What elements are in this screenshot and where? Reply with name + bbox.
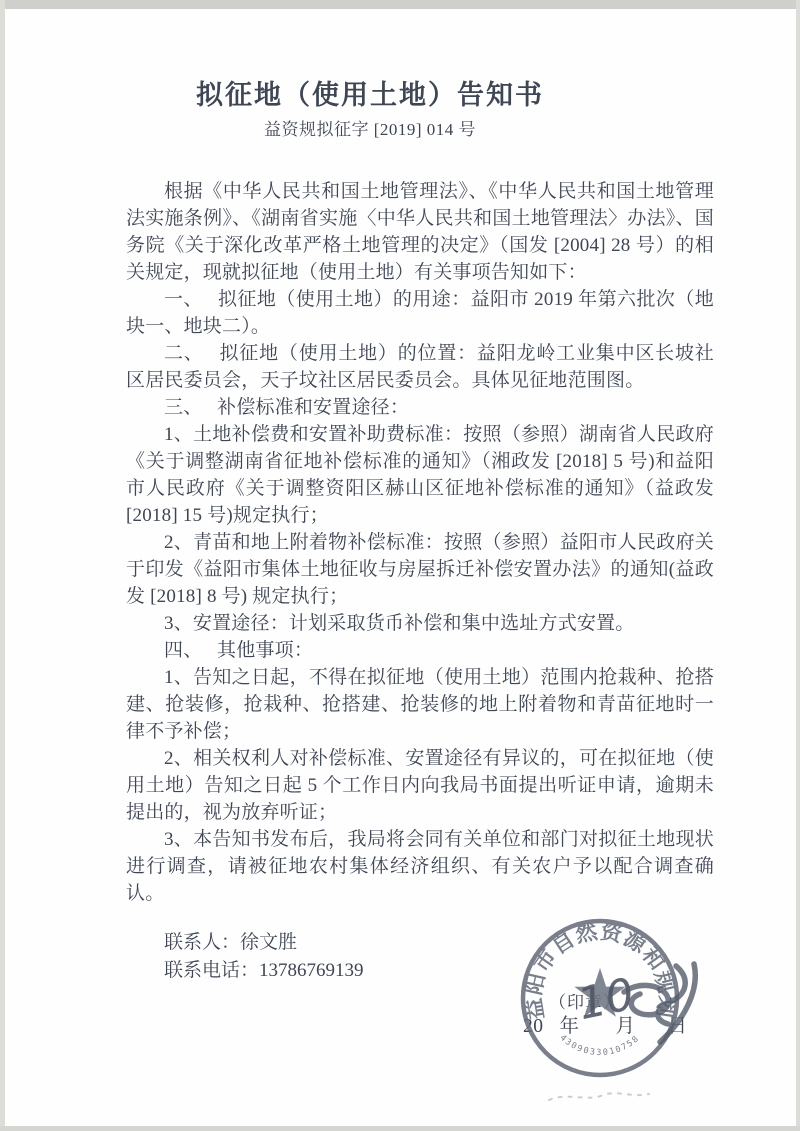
body-paragraph: 二、 拟征地（使用土地）的位置：益阳龙岭工业集中区长坡社区居民委员会，天子坟社区… [126,340,714,394]
body-paragraph: 四、 其他事项： [126,637,714,664]
handwritten-scribble [610,958,710,1053]
body-paragraph: 一、 拟征地（使用土地）的用途：益阳市 2019 年第六批次（地块一、地块二）。 [126,286,714,340]
contact-person-label: 联系人： [164,932,240,953]
notice-body: 根据《中华人民共和国土地管理法》、《中华人民共和国土地管理法实施条例》、《湖南省… [126,178,714,907]
contact-person-name: 徐文胜 [240,932,297,953]
faint-pen-marks [545,1086,655,1108]
body-paragraph: 1、土地补偿费和安置补助费标准：按照（参照）湖南省人民政府《关于调整湖南省征地补… [126,421,714,529]
contact-phone-number: 13786769139 [259,960,364,981]
notice-document: 拟征地（使用土地）告知书 益资规拟征字 [2019] 014 号 根据《中华人民… [126,78,714,985]
scan-edge-left [0,0,5,1131]
contact-phone-label: 联系电话： [164,960,259,981]
body-paragraph: 3、安置途径：计划采取货币补偿和集中选址方式安置。 [126,610,714,637]
body-paragraph: 1、告知之日起，不得在拟征地（使用土地）范围内抢栽种、抢搭建、抢装修，抢栽种、抢… [126,664,714,745]
body-paragraph: 2、青苗和地上附着物补偿标准：按照（参照）益阳市人民政府关于印发《益阳市集体土地… [126,529,714,610]
body-paragraph: 2、相关权利人对补偿标准、安置途径有异议的，可在拟征地（使用土地）告知之日起 5… [126,745,714,826]
page-title: 拟征地（使用土地）告知书 [126,78,614,112]
scan-edge-right [796,0,800,1131]
body-paragraph: 根据《中华人民共和国土地管理法》、《中华人民共和国土地管理法实施条例》、《湖南省… [126,178,714,286]
body-paragraph: 三、 补偿标准和安置途径： [126,394,714,421]
scan-edge-top [0,0,800,9]
document-number: 益资规拟征字 [2019] 014 号 [126,118,614,142]
scan-edge-bottom [0,1126,800,1131]
scanned-document: { "document": { "title": "拟征地（使用土地）告知书",… [0,0,800,1131]
